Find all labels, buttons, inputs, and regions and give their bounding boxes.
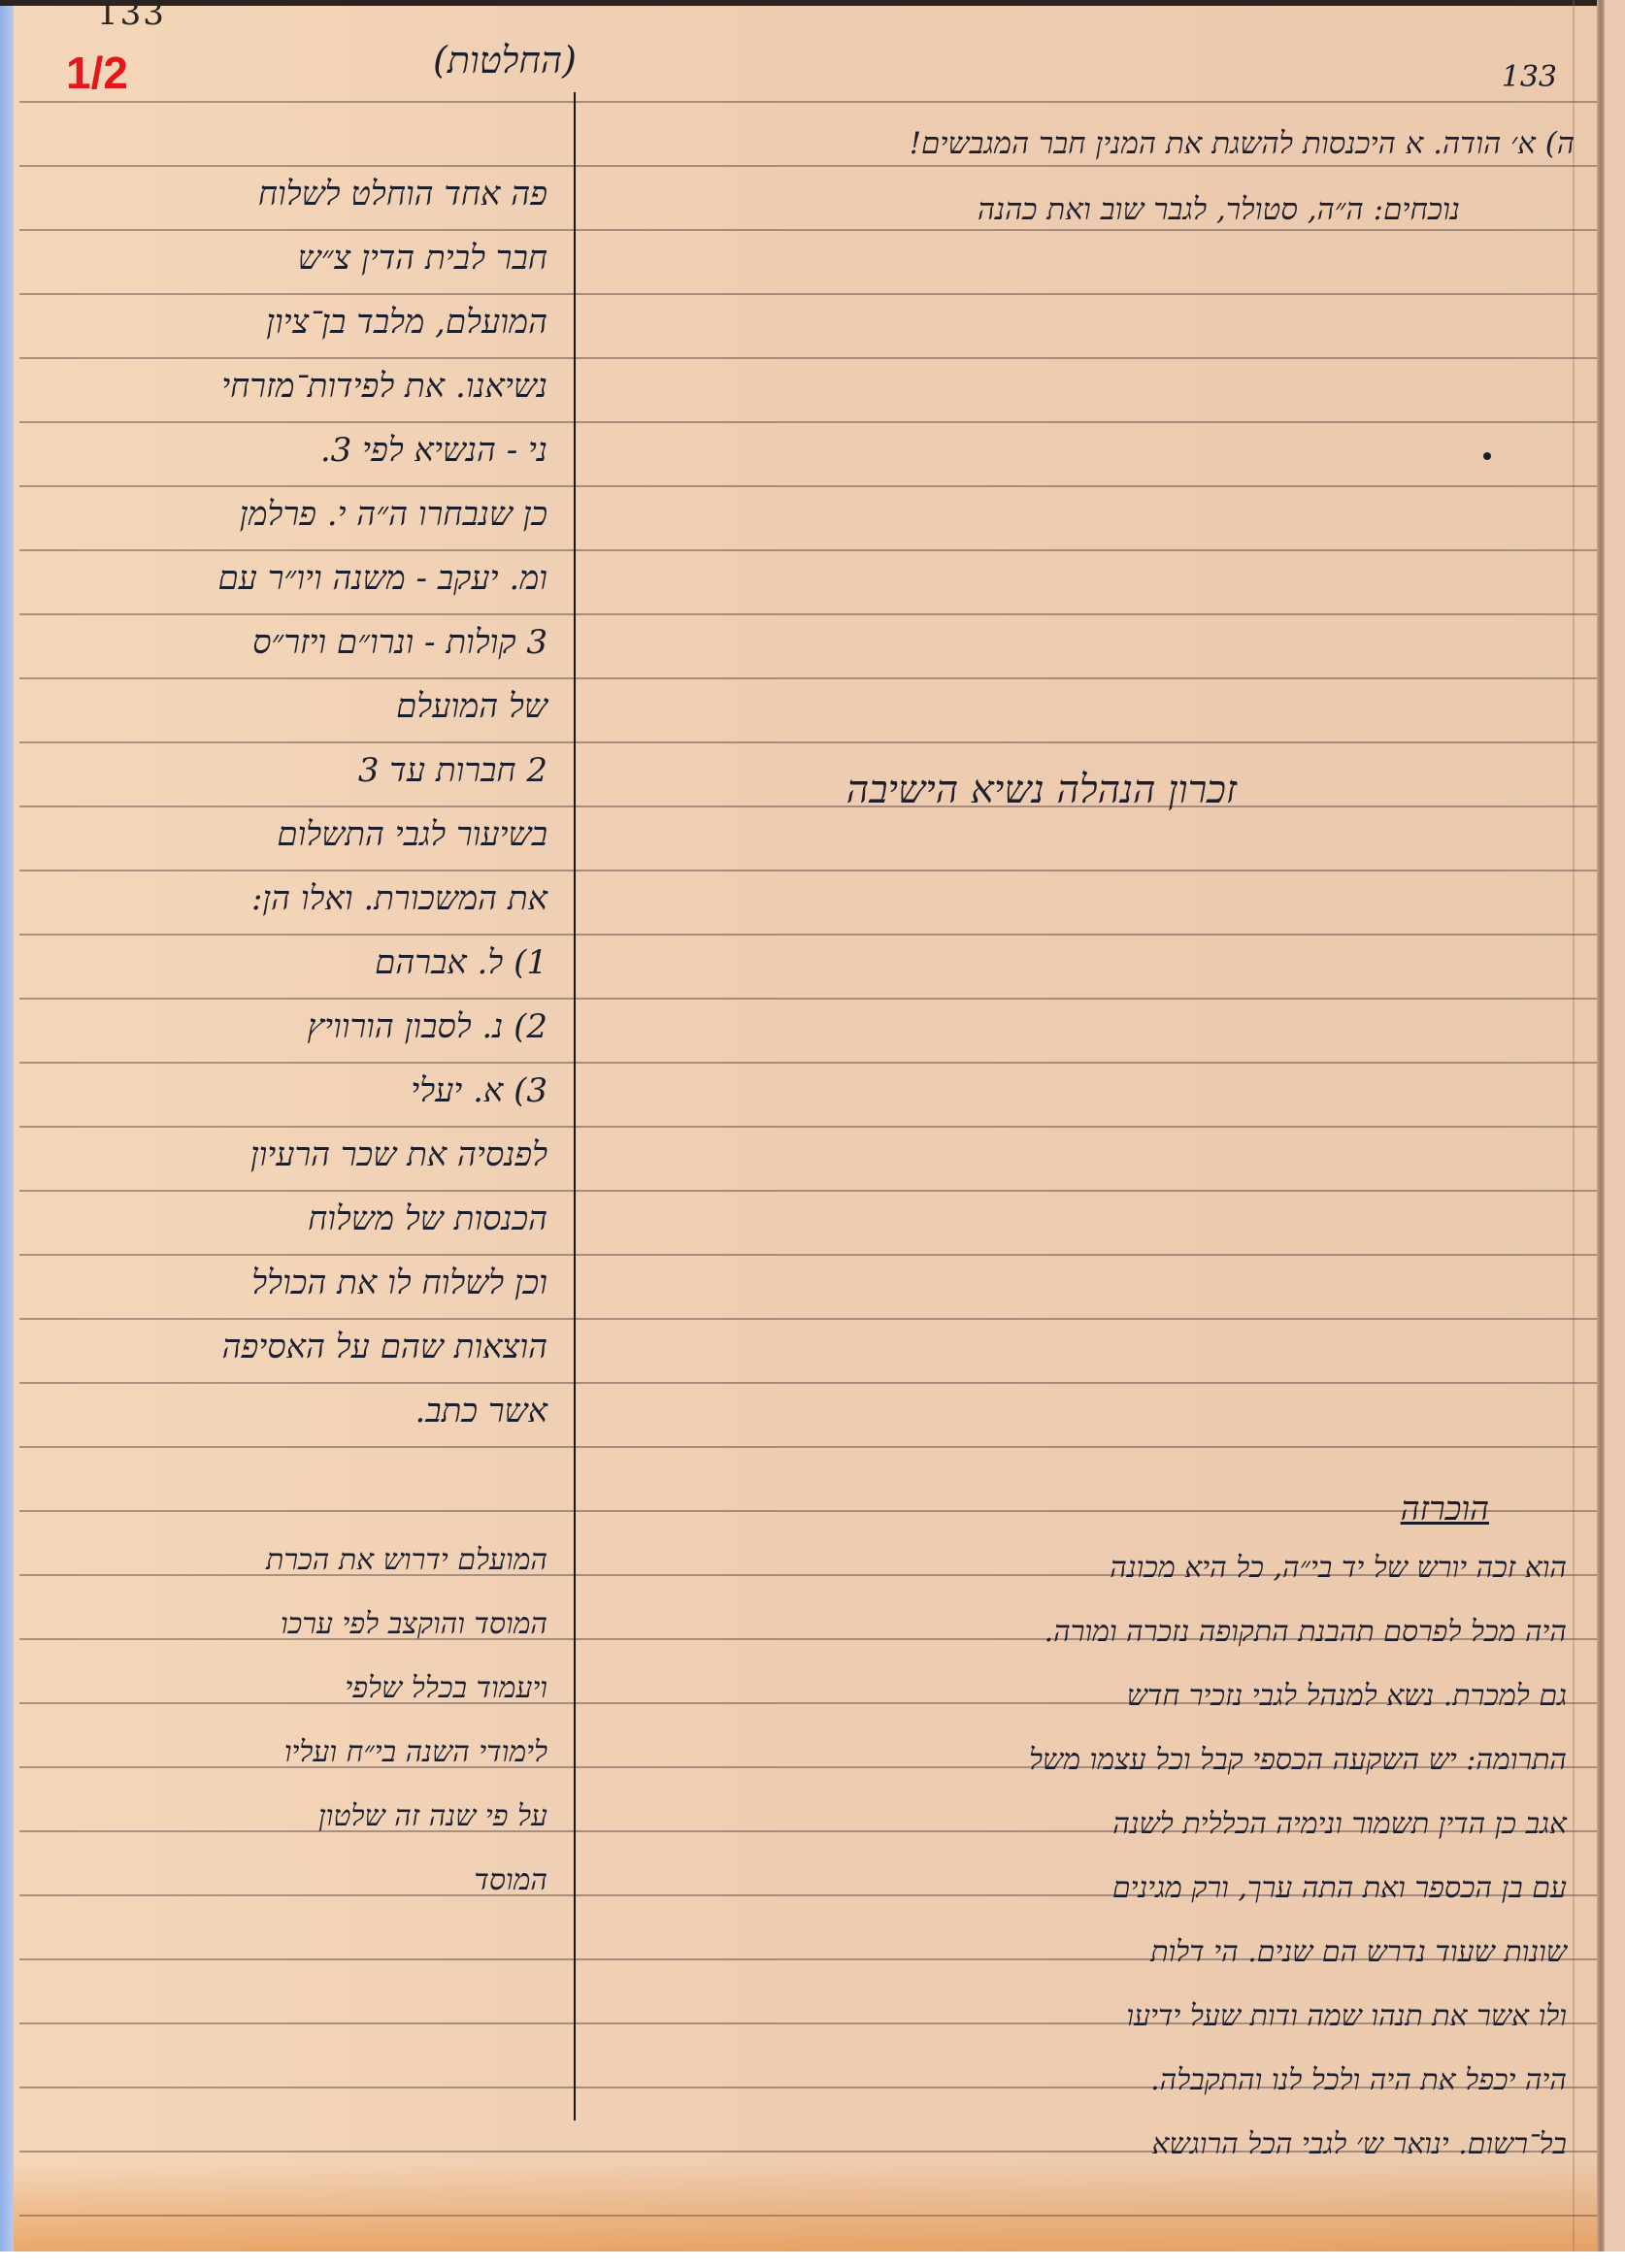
left-column-header: (החלטות) <box>433 39 577 82</box>
ruled-line <box>19 741 1597 743</box>
ruled-line <box>19 805 1597 807</box>
handwritten-line: 3) א. יעלי <box>411 1071 547 1110</box>
handwritten-line: הוא זכה יורש של יד בי״ה, כל היא מכונה <box>1110 1551 1567 1585</box>
handwritten-line: 1) ל. אברהם <box>375 943 547 982</box>
ruled-line <box>19 870 1597 871</box>
ruled-line <box>19 1062 1597 1064</box>
ruled-line <box>19 1190 1597 1192</box>
handwritten-line: ני - הנשיא לפי 3. <box>320 431 547 470</box>
ruled-line <box>19 2215 1597 2217</box>
ruled-line <box>19 293 1597 295</box>
handwritten-page-number: 133 <box>1502 60 1557 94</box>
closing-heading: הוכרזה <box>1401 1490 1489 1528</box>
handwritten-line: המועלם ידרוש את הכרת <box>266 1543 547 1577</box>
ruled-line <box>19 165 1597 167</box>
ruled-line <box>19 1318 1597 1320</box>
handwritten-line: הוצאות שהם על האסיפה <box>222 1328 547 1366</box>
handwritten-line: פה אחד הוחלט לשלוח <box>258 175 547 214</box>
scan-left-edge <box>0 0 14 2252</box>
handwritten-line: ולו אשר את תנהו שמה ודות שעל ידיעו <box>1126 1999 1567 2033</box>
handwritten-line: חבר לבית הדין צ״ש <box>298 239 547 278</box>
ruled-line <box>19 1510 1597 1512</box>
handwritten-line: לפנסיה את שכר הרעיון <box>250 1135 547 1174</box>
ruled-line <box>19 485 1597 487</box>
ruled-line <box>19 613 1597 615</box>
scan-bottom-border <box>0 2252 1625 2268</box>
handwritten-line: של המועלם <box>396 687 547 726</box>
handwritten-line: את המשכורת. ואלו הן: <box>251 879 547 918</box>
ruled-line <box>19 1382 1597 1384</box>
column-divider <box>574 92 576 2120</box>
handwritten-line: כן שנבחרו ה״ה י. פרלמן <box>240 495 547 534</box>
ruled-line <box>19 357 1597 359</box>
handwritten-line: גם למכרת. נשא למנהל לגבי נזכיר חדש <box>1127 1679 1567 1713</box>
ruled-line <box>19 229 1597 231</box>
handwritten-line: ומ. יעקב - משנה ויו״ר עם <box>217 559 547 598</box>
handwritten-line: היה מכל לפרסם תהבנת התקופה נזכרה ומורה. <box>1045 1615 1567 1649</box>
handwritten-line: בשיעור לגבי התשלום <box>277 815 547 854</box>
handwritten-line: 2) נ. לסבון הורוויץ <box>307 1007 547 1046</box>
page-binding-gutter <box>1597 0 1605 2252</box>
ruled-line <box>19 998 1597 1000</box>
ruled-line <box>19 934 1597 936</box>
handwritten-line: 2 חברות עד 3 <box>358 751 547 790</box>
minutes-item-line-1: ה) א׳ הודה. א היכנסות להשגת את המנין חבר… <box>910 126 1575 161</box>
handwritten-line: נשיאנו. את לפידות־מזרחי <box>221 367 547 406</box>
ruled-line <box>19 1254 1597 1256</box>
handwritten-line: המועלם, מלבד בן־ציון <box>266 303 547 342</box>
printed-page-stamp: 133 <box>97 0 166 33</box>
handwritten-line: על פי שנה זה שלטון <box>318 1799 547 1833</box>
page-label: 1/2 <box>66 47 128 99</box>
section-heading: זכרון הנהלה נשיא הישיבה <box>846 767 1237 812</box>
ruled-line <box>19 549 1597 551</box>
handwritten-line: 3 קולות - ונרו״ם ויזר״ס <box>252 623 547 662</box>
handwritten-line: הכנסות של משלוח <box>308 1200 547 1238</box>
ink-dot <box>1483 452 1491 460</box>
ruled-line <box>19 101 1597 103</box>
ruled-line <box>19 677 1597 679</box>
handwritten-line: המוסד והוקצב לפי ערכו <box>281 1607 547 1641</box>
handwritten-line: שונות שעוד נדרש הם שנים. הי דלות <box>1150 1935 1567 1969</box>
scan-top-border <box>0 0 1625 6</box>
handwritten-line: אשר כתב. <box>415 1392 547 1430</box>
handwritten-line: וכן לשלוח לו את הכולל <box>251 1264 547 1302</box>
ruled-line <box>19 1126 1597 1128</box>
handwritten-line: התרומה: יש השקעה הכספי קבל וכל עצמו משל <box>1029 1743 1567 1777</box>
handwritten-line: המוסד <box>474 1863 547 1897</box>
handwritten-line: בל־רשום. ינואר ש׳ לגבי הכל הרוגשא <box>1152 2127 1567 2161</box>
ruled-line <box>19 1446 1597 1448</box>
ruled-line <box>19 421 1597 423</box>
handwritten-line: אגב כן הדין תשמור ונימיה הכללית לשנה <box>1112 1807 1567 1841</box>
handwritten-line: היה יכפל את היה ולכל לנו והתקבלה. <box>1150 2063 1567 2097</box>
handwritten-line: לימודי השנה בי״ח ועליו <box>284 1735 547 1769</box>
minutes-attendees-line: נוכחים: ה״ה, סטולר, לגבר שוב ואת כהנה <box>978 192 1460 227</box>
handwritten-line: ויעמוד בכלל שלפי <box>345 1671 547 1705</box>
handwritten-line: עם בן הכספר ואת התה ערך, ורק מגינים <box>1112 1871 1567 1905</box>
scan-right-edge <box>1605 0 1625 2252</box>
